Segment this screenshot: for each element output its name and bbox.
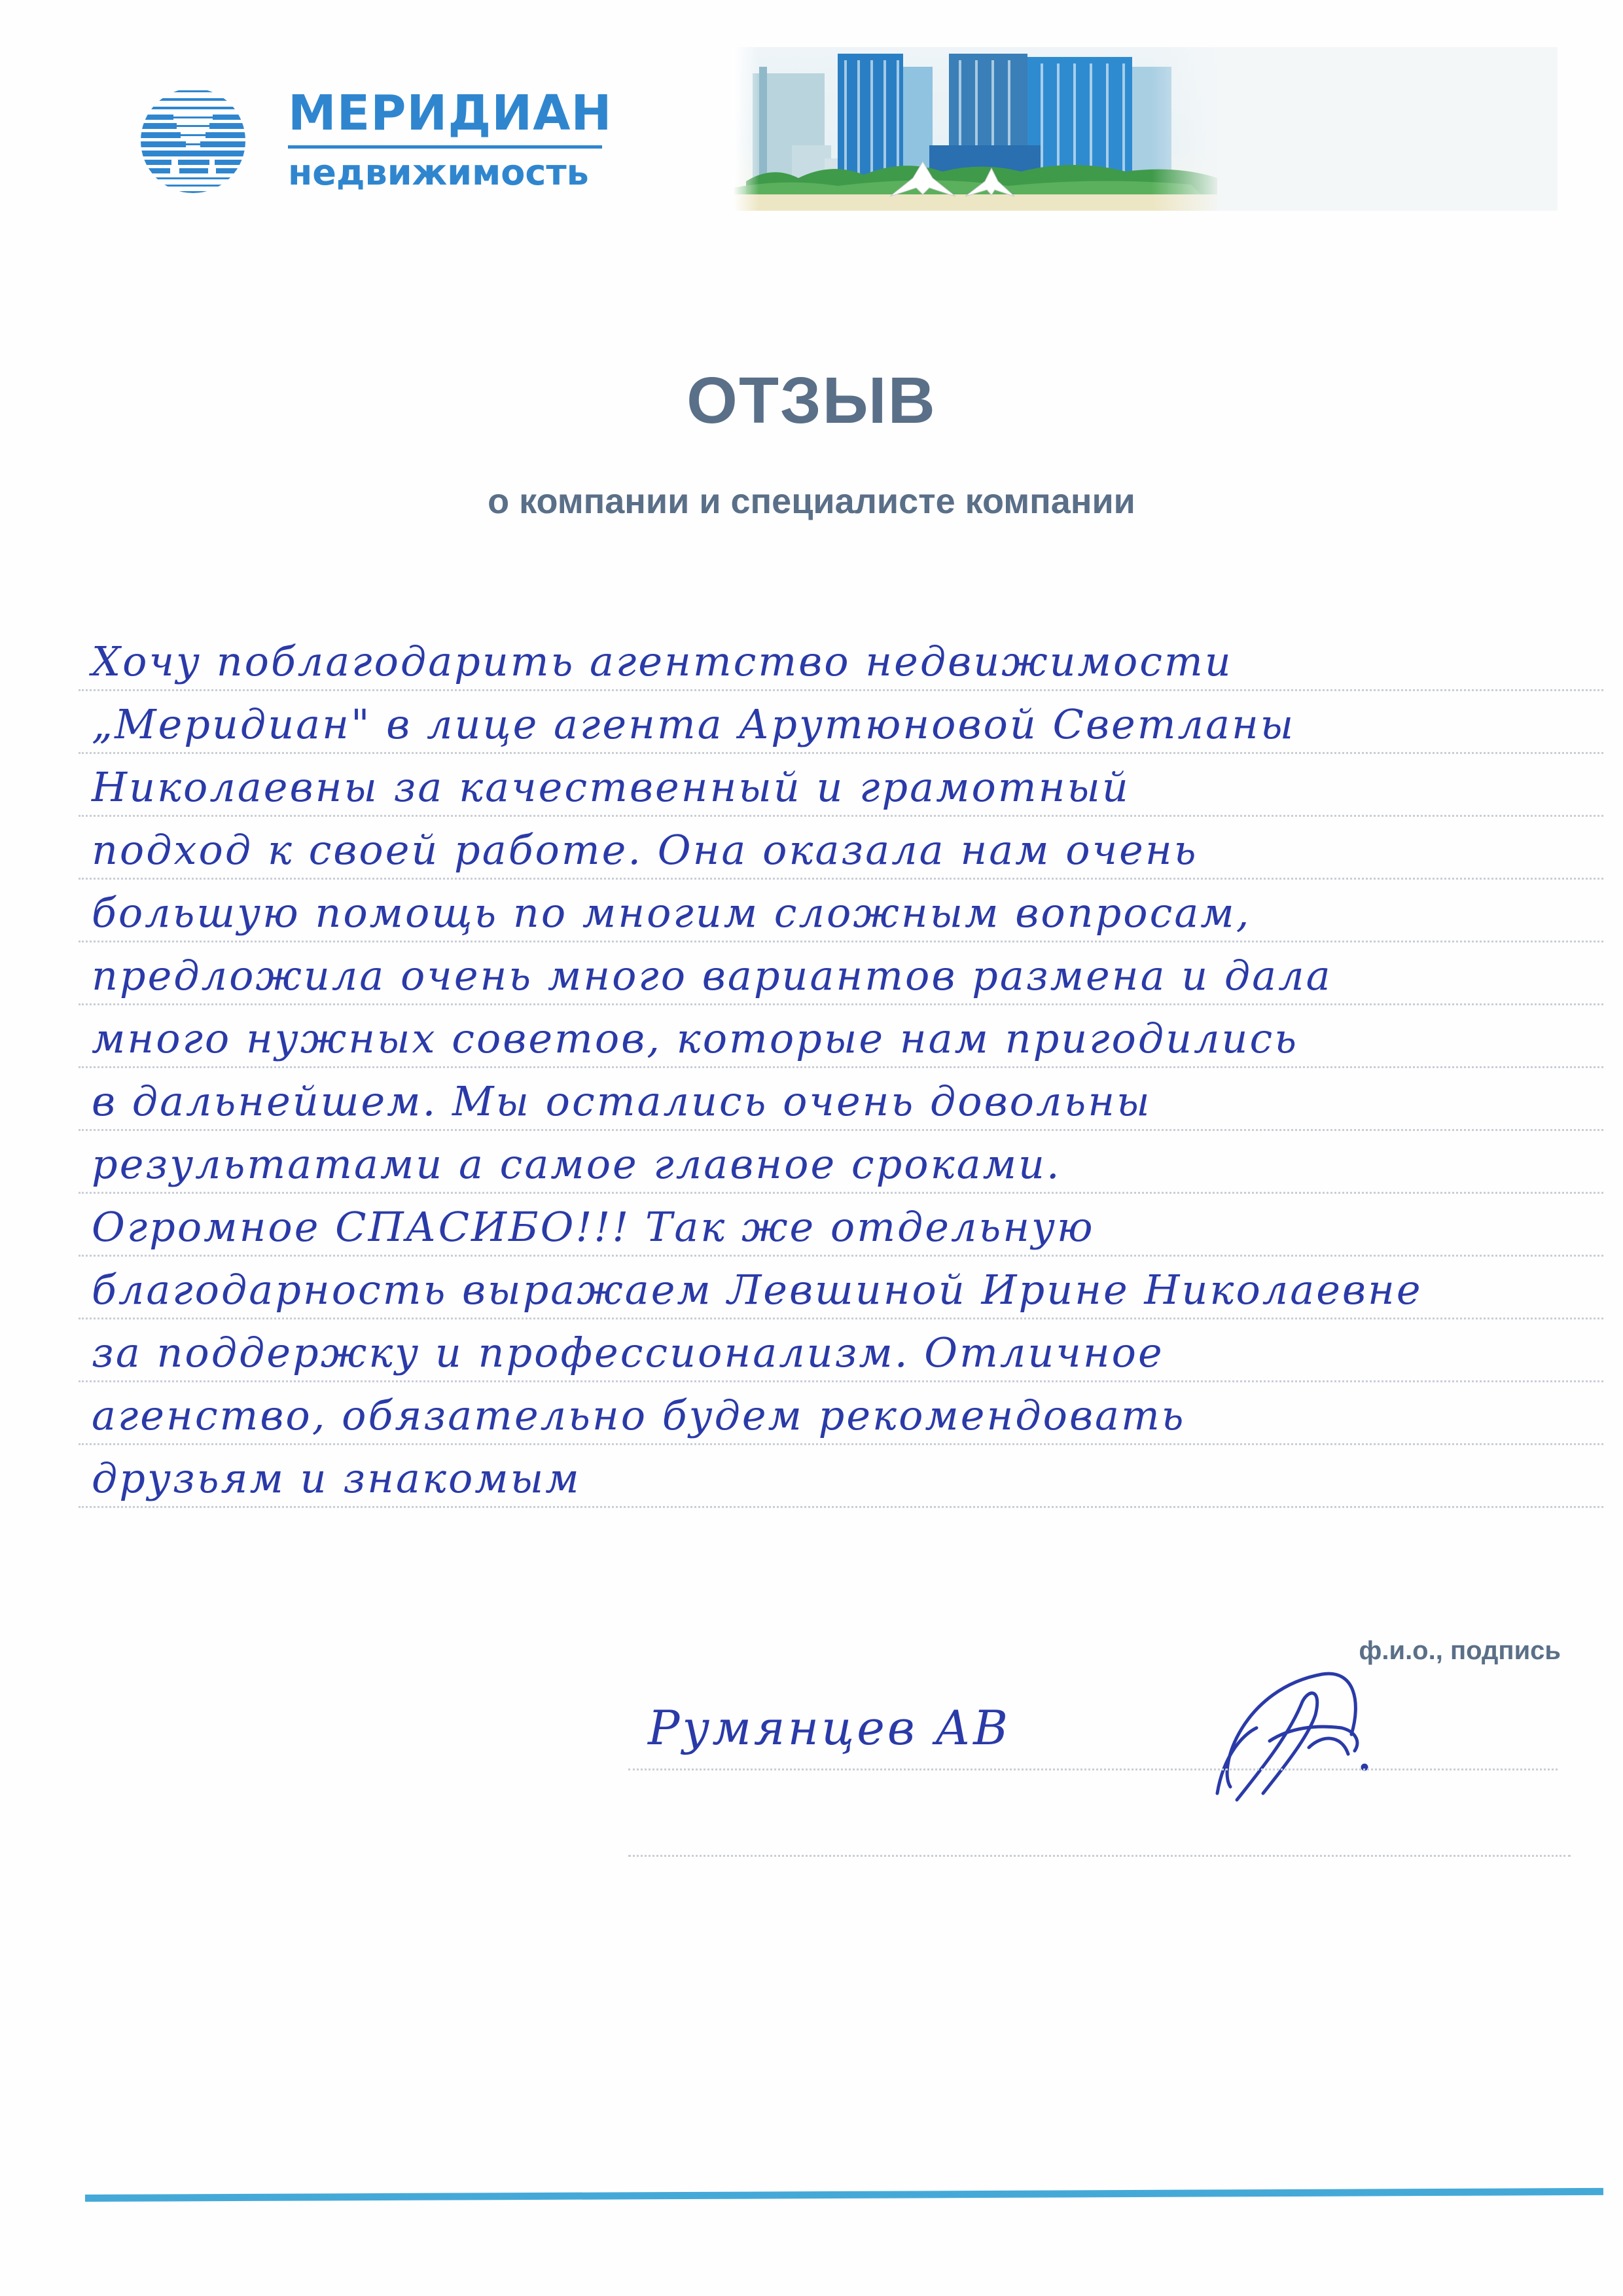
company-logo: МЕРИДИАН недвижимость bbox=[137, 85, 612, 196]
page-subtitle: о компании и специалисте компании bbox=[0, 481, 1623, 522]
ruled-line: „Меридиан" в лице агента Арутюновой Свет… bbox=[79, 691, 1603, 754]
handwritten-text: предложила очень много вариантов размена… bbox=[92, 952, 1332, 999]
ruled-line: большую помощь по многим сложным вопроса… bbox=[79, 880, 1603, 942]
signer-name: Румянцев АВ bbox=[648, 1700, 1010, 1755]
ruled-line: результатами а самое главное сроками. bbox=[79, 1131, 1603, 1194]
ruled-line: предложила очень много вариантов размена… bbox=[79, 942, 1603, 1005]
footer-divider bbox=[85, 2188, 1603, 2202]
ruled-line: агенство, обязательно будем рекомендоват… bbox=[79, 1382, 1603, 1445]
handwritten-text: Николаевны за качественный и грамотный bbox=[92, 763, 1130, 811]
handwritten-text: Огромное СПАСИБО!!! Так же отдельную bbox=[92, 1203, 1095, 1251]
signature-line-secondary bbox=[628, 1855, 1571, 1857]
handwritten-review-body: Хочу поблагодарить агентство недвижимост… bbox=[79, 628, 1603, 1508]
handwritten-text: подход к своей работе. Она оказала нам о… bbox=[92, 826, 1198, 874]
handwritten-text: друзьям и знакомым bbox=[92, 1454, 581, 1502]
brand-divider bbox=[288, 145, 602, 149]
ruled-line: друзьям и знакомым bbox=[79, 1445, 1603, 1508]
ruled-line: в дальнейшем. Мы остались очень довольны bbox=[79, 1068, 1603, 1131]
ruled-line: благодарность выражаем Левшиной Ирине Ни… bbox=[79, 1257, 1603, 1319]
brand-name: МЕРИДИАН bbox=[288, 89, 612, 137]
handwritten-text: много нужных советов, которые нам пригод… bbox=[92, 1014, 1298, 1062]
handwritten-text: в дальнейшем. Мы остались очень довольны bbox=[92, 1077, 1152, 1125]
ruled-line: Огромное СПАСИБО!!! Так же отдельную bbox=[79, 1194, 1603, 1257]
header-cityscape-image bbox=[733, 47, 1558, 211]
signature-label: ф.и.о., подпись bbox=[1359, 1636, 1561, 1666]
ruled-line: подход к своей работе. Она оказала нам о… bbox=[79, 817, 1603, 880]
handwritten-text: агенство, обязательно будем рекомендоват… bbox=[92, 1391, 1186, 1439]
signature-line bbox=[628, 1768, 1558, 1770]
meridian-globe-icon bbox=[137, 85, 249, 196]
signature-scribble-icon bbox=[1191, 1662, 1407, 1813]
handwritten-text: результатами а самое главное сроками. bbox=[92, 1140, 1061, 1188]
handwritten-text: большую помощь по многим сложным вопроса… bbox=[92, 889, 1251, 937]
ruled-line: много нужных советов, которые нам пригод… bbox=[79, 1005, 1603, 1068]
handwritten-text: благодарность выражаем Левшиной Ирине Ни… bbox=[92, 1266, 1423, 1314]
ruled-line: Николаевны за качественный и грамотный bbox=[79, 754, 1603, 817]
page-title: ОТЗЫВ bbox=[0, 363, 1623, 439]
brand-subtitle: недвижимость bbox=[288, 155, 612, 190]
ruled-line: за поддержку и профессионализм. Отличное bbox=[79, 1319, 1603, 1382]
handwritten-text: „Меридиан" в лице агента Арутюновой Свет… bbox=[92, 700, 1295, 748]
ruled-line: Хочу поблагодарить агентство недвижимост… bbox=[79, 628, 1603, 691]
handwritten-text: Хочу поблагодарить агентство недвижимост… bbox=[92, 637, 1233, 685]
review-form-page: МЕРИДИАН недвижимость bbox=[0, 0, 1623, 2296]
handwritten-text: за поддержку и профессионализм. Отличное bbox=[92, 1329, 1164, 1376]
